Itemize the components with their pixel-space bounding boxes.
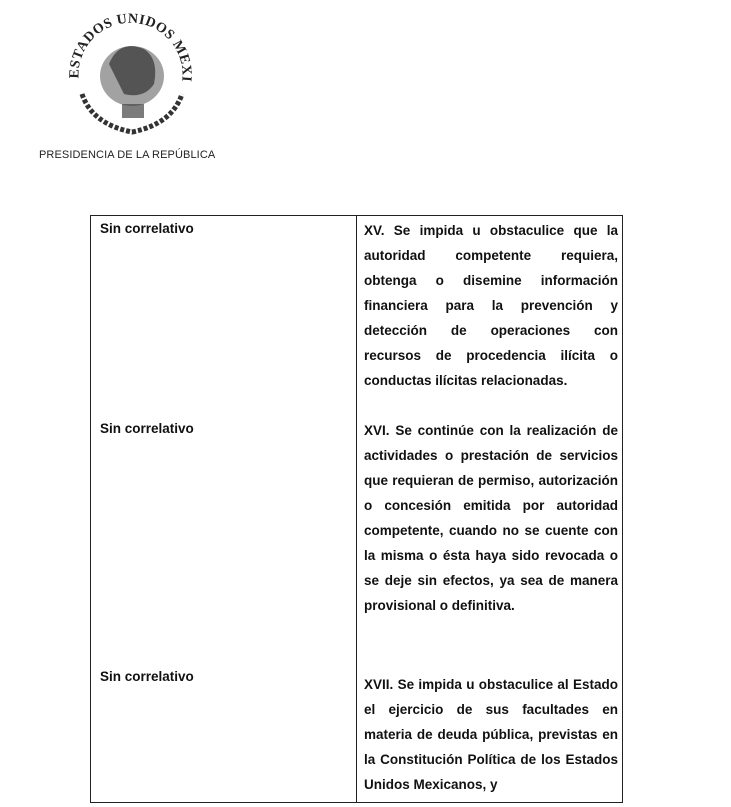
office-name: PRESIDENCIA DE LA REPÚBLICA: [39, 149, 215, 161]
left-cell: Sin correlativo: [100, 221, 194, 236]
comparison-table: Sin correlativo XV. Se impida u obstacul…: [90, 215, 623, 803]
column-divider: [356, 216, 357, 802]
left-cell: Sin correlativo: [100, 421, 194, 436]
right-cell: XVII. Se impida u obstaculice al Estado …: [364, 672, 618, 797]
coat-of-arms-seal: ESTADOS UNIDOS MEXICANOS: [54, 4, 204, 140]
right-cell: XVI. Se continúe con la realización de a…: [364, 418, 618, 618]
right-cell: XV. Se impida u obstaculice que la autor…: [364, 218, 618, 393]
left-cell: Sin correlativo: [100, 669, 194, 684]
